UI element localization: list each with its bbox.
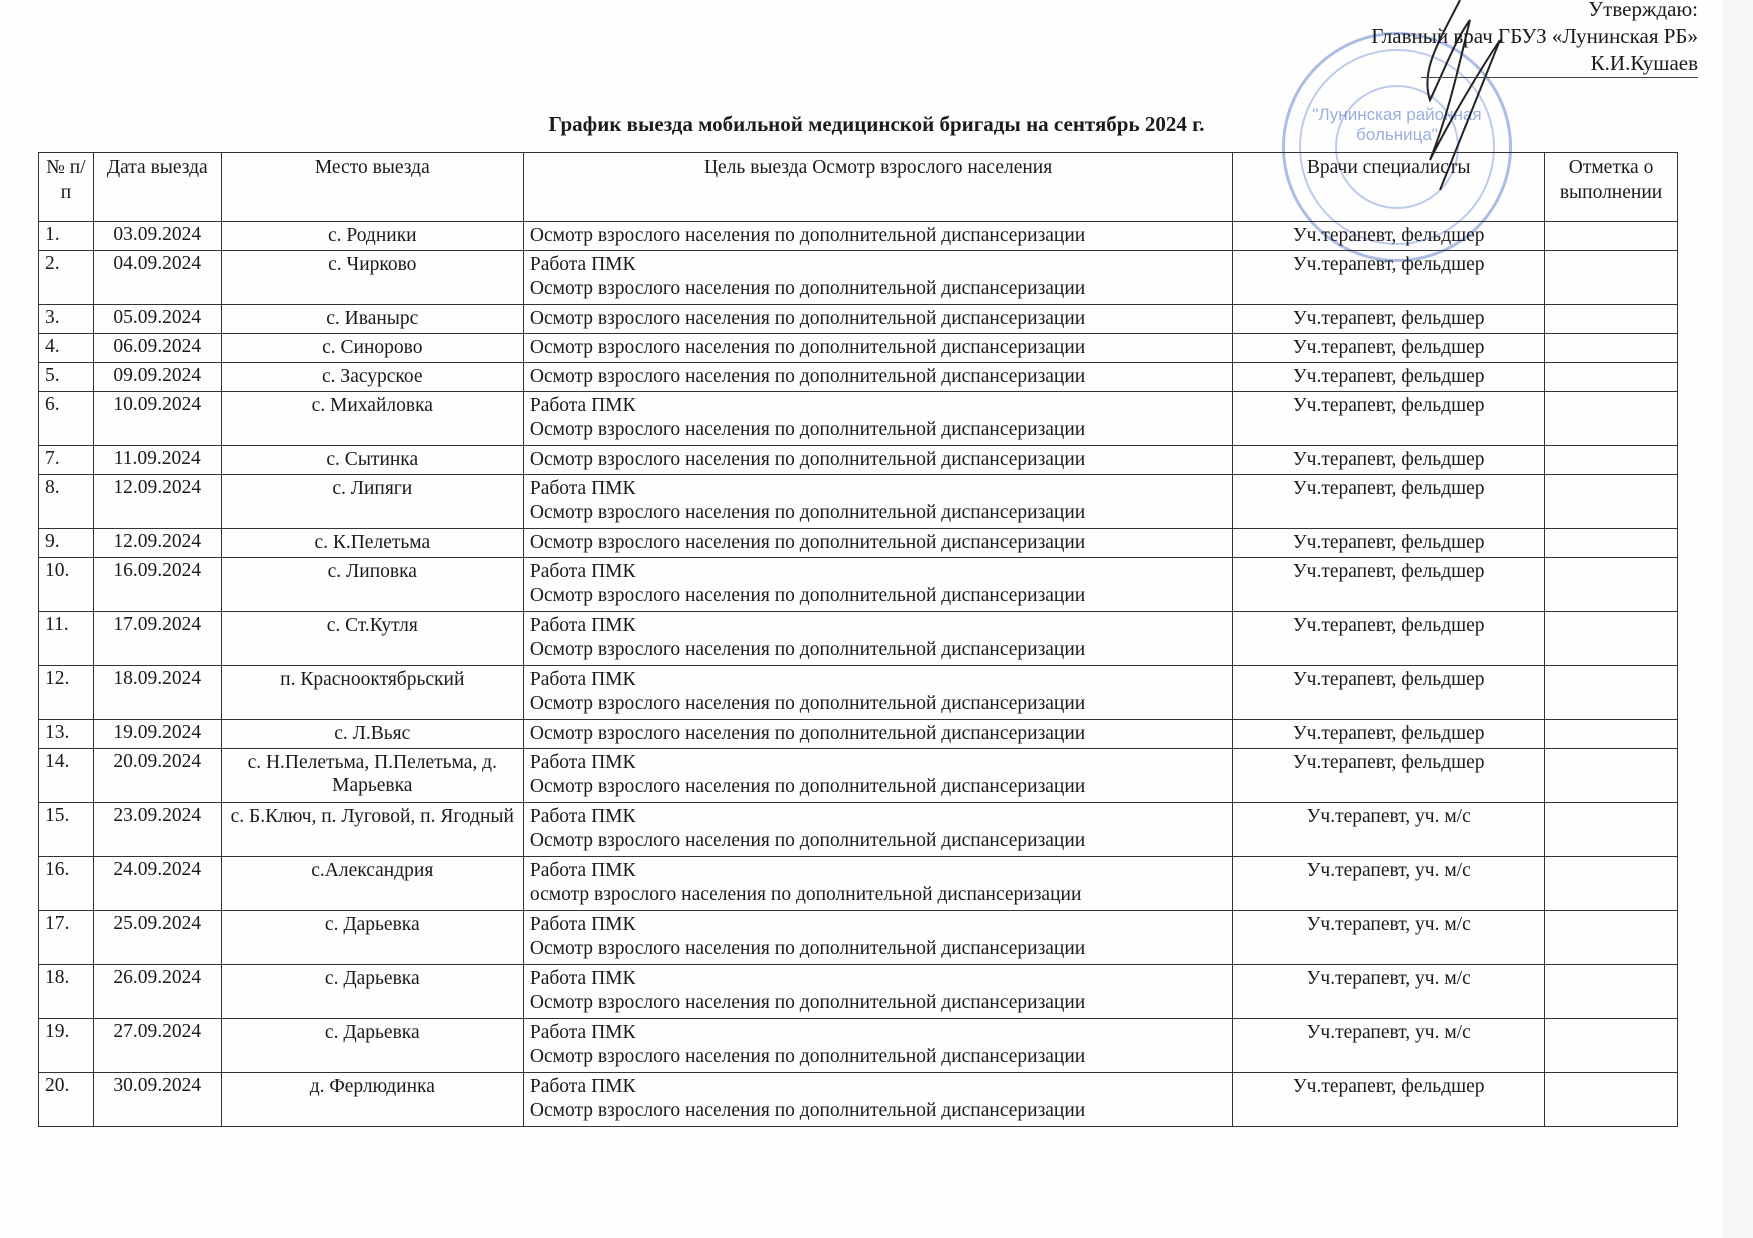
row-goal: Работа ПМКОсмотр взрослого населения по … <box>523 1073 1232 1127</box>
table-row: 14.20.09.2024с. Н.Пелетьма, П.Пелетьма, … <box>39 749 1678 803</box>
row-doctors: Уч.терапевт, фельдшер <box>1233 558 1545 612</box>
row-place: с. Л.Вьяс <box>221 720 523 749</box>
header-place: Место выезда <box>221 153 523 222</box>
row-goal: Работа ПМКОсмотр взрослого населения по … <box>523 803 1232 857</box>
row-goal-line1: Работа ПМК <box>530 805 1226 829</box>
row-date: 12.09.2024 <box>93 529 221 558</box>
table-row: 3.05.09.2024с. ИваныpcОсмотр взрослого н… <box>39 305 1678 334</box>
table-header-row: № п/п Дата выезда Место выезда Цель выез… <box>39 153 1678 222</box>
row-place: д. Ферлюдинка <box>221 1073 523 1127</box>
row-place: с. Липяги <box>221 475 523 529</box>
row-place: с. Н.Пелетьма, П.Пелетьма, д. Марьевка <box>221 749 523 803</box>
row-number: 9. <box>39 529 94 558</box>
row-goal: Работа ПМКОсмотр взрослого населения по … <box>523 965 1232 1019</box>
schedule-table: № п/п Дата выезда Место выезда Цель выез… <box>38 152 1678 1127</box>
row-doctors: Уч.терапевт, фельдшер <box>1233 666 1545 720</box>
row-date: 19.09.2024 <box>93 720 221 749</box>
row-completion-mark[interactable] <box>1545 529 1678 558</box>
row-place: с. Дарьевка <box>221 911 523 965</box>
row-goal-line2: Осмотр взрослого населения по дополнител… <box>530 584 1226 608</box>
table-row: 10.16.09.2024с. ЛиповкаРабота ПМКОсмотр … <box>39 558 1678 612</box>
row-date: 17.09.2024 <box>93 612 221 666</box>
row-number: 12. <box>39 666 94 720</box>
row-doctors: Уч.терапевт, фельдшер <box>1233 251 1545 305</box>
header-date: Дата выезда <box>93 153 221 222</box>
row-place: с. К.Пелетьма <box>221 529 523 558</box>
row-goal-line2: Осмотр взрослого населения по дополнител… <box>530 1099 1226 1123</box>
row-goal-line1: Работа ПМК <box>530 967 1226 991</box>
row-date: 20.09.2024 <box>93 749 221 803</box>
row-goal: Работа ПМКОсмотр взрослого населения по … <box>523 666 1232 720</box>
row-goal-line1: Работа ПМК <box>530 477 1226 501</box>
row-goal: Работа ПМКОсмотр взрослого населения по … <box>523 251 1232 305</box>
row-doctors: Уч.терапевт, фельдшер <box>1233 446 1545 475</box>
row-completion-mark[interactable] <box>1545 965 1678 1019</box>
row-doctors: Уч.терапевт, фельдшер <box>1233 305 1545 334</box>
row-date: 30.09.2024 <box>93 1073 221 1127</box>
row-place: п. Краснооктябрьский <box>221 666 523 720</box>
header-goal: Цель выезда Осмотр взрослого населения <box>523 153 1232 222</box>
row-number: 18. <box>39 965 94 1019</box>
row-number: 3. <box>39 305 94 334</box>
table-row: 4.06.09.2024с. СиноровоОсмотр взрослого … <box>39 334 1678 363</box>
table-row: 17.25.09.2024с. ДарьевкаРабота ПМКОсмотр… <box>39 911 1678 965</box>
row-completion-mark[interactable] <box>1545 222 1678 251</box>
header-doctors: Врачи специалисты <box>1233 153 1545 222</box>
row-goal-line1: Работа ПМК <box>530 859 1226 883</box>
row-number: 8. <box>39 475 94 529</box>
row-doctors: Уч.терапевт, фельдшер <box>1233 529 1545 558</box>
row-goal: Работа ПМКОсмотр взрослого населения по … <box>523 475 1232 529</box>
table-row: 15.23.09.2024с. Б.Ключ, п. Луговой, п. Я… <box>39 803 1678 857</box>
table-row: 9.12.09.2024с. К.ПелетьмаОсмотр взрослог… <box>39 529 1678 558</box>
row-goal: Работа ПМКОсмотр взрослого населения по … <box>523 1019 1232 1073</box>
row-number: 11. <box>39 612 94 666</box>
approval-block: Утверждаю: Главный врач ГБУЗ «Лунинская … <box>1371 0 1698 78</box>
row-goal: Осмотр взрослого населения по дополнител… <box>523 334 1232 363</box>
row-place: с. Сытинка <box>221 446 523 475</box>
row-goal-line2: Осмотр взрослого населения по дополнител… <box>530 418 1226 442</box>
row-goal-line2: Осмотр взрослого населения по дополнител… <box>530 365 1226 389</box>
row-completion-mark[interactable] <box>1545 666 1678 720</box>
row-place: с. Дарьевка <box>221 965 523 1019</box>
row-number: 4. <box>39 334 94 363</box>
row-goal-line2: Осмотр взрослого населения по дополнител… <box>530 501 1226 525</box>
row-date: 05.09.2024 <box>93 305 221 334</box>
row-doctors: Уч.терапевт, фельдшер <box>1233 720 1545 749</box>
row-goal: Работа ПМКОсмотр взрослого населения по … <box>523 392 1232 446</box>
table-row: 20.30.09.2024д. ФерлюдинкаРабота ПМКОсмо… <box>39 1073 1678 1127</box>
row-completion-mark[interactable] <box>1545 612 1678 666</box>
row-number: 19. <box>39 1019 94 1073</box>
table-row: 6.10.09.2024с. МихайловкаРабота ПМКОсмот… <box>39 392 1678 446</box>
row-goal-line1: Работа ПМК <box>530 1021 1226 1045</box>
row-goal: Работа ПМКОсмотр взрослого населения по … <box>523 558 1232 612</box>
row-goal-line2: Осмотр взрослого населения по дополнител… <box>530 722 1226 746</box>
row-number: 1. <box>39 222 94 251</box>
row-goal-line2: Осмотр взрослого населения по дополнител… <box>530 937 1226 961</box>
table-row: 16.24.09.2024с.АлександрияРабота ПМКосмо… <box>39 857 1678 911</box>
row-completion-mark[interactable] <box>1545 857 1678 911</box>
row-date: 09.09.2024 <box>93 363 221 392</box>
row-goal: Осмотр взрослого населения по дополнител… <box>523 305 1232 334</box>
row-number: 16. <box>39 857 94 911</box>
scan-edge <box>1723 0 1753 1238</box>
row-date: 03.09.2024 <box>93 222 221 251</box>
row-goal-line2: Осмотр взрослого населения по дополнител… <box>530 307 1226 331</box>
row-goal: Работа ПМКОсмотр взрослого населения по … <box>523 749 1232 803</box>
row-date: 16.09.2024 <box>93 558 221 612</box>
row-goal: Осмотр взрослого населения по дополнител… <box>523 720 1232 749</box>
row-doctors: Уч.терапевт, уч. м/с <box>1233 965 1545 1019</box>
row-date: 04.09.2024 <box>93 251 221 305</box>
row-place: с. Чирково <box>221 251 523 305</box>
row-goal-line2: Осмотр взрослого населения по дополнител… <box>530 277 1226 301</box>
row-place: с. Ст.Кутля <box>221 612 523 666</box>
row-completion-mark[interactable] <box>1545 475 1678 529</box>
row-goal-line2: Осмотр взрослого населения по дополнител… <box>530 336 1226 360</box>
row-completion-mark[interactable] <box>1545 392 1678 446</box>
row-number: 13. <box>39 720 94 749</box>
row-doctors: Уч.терапевт, фельдшер <box>1233 392 1545 446</box>
row-date: 18.09.2024 <box>93 666 221 720</box>
row-goal-line2: Осмотр взрослого населения по дополнител… <box>530 1045 1226 1069</box>
row-place: с. Синорово <box>221 334 523 363</box>
row-place: с. Б.Ключ, п. Луговой, п. Ягодный <box>221 803 523 857</box>
row-number: 6. <box>39 392 94 446</box>
row-doctors: Уч.терапевт, фельдшер <box>1233 334 1545 363</box>
row-place: с. Родники <box>221 222 523 251</box>
row-date: 12.09.2024 <box>93 475 221 529</box>
row-number: 5. <box>39 363 94 392</box>
row-completion-mark[interactable] <box>1545 305 1678 334</box>
row-goal-line1: Работа ПМК <box>530 614 1226 638</box>
row-goal: Осмотр взрослого населения по дополнител… <box>523 529 1232 558</box>
row-doctors: Уч.терапевт, фельдшер <box>1233 475 1545 529</box>
row-goal-line1: Работа ПМК <box>530 1075 1226 1099</box>
row-goal: Работа ПМКОсмотр взрослого населения по … <box>523 612 1232 666</box>
row-completion-mark[interactable] <box>1545 1073 1678 1127</box>
row-completion-mark[interactable] <box>1545 334 1678 363</box>
row-doctors: Уч.терапевт, уч. м/с <box>1233 1019 1545 1073</box>
row-goal-line1: Работа ПМК <box>530 751 1226 775</box>
approval-line1: Утверждаю: <box>1371 0 1698 23</box>
row-doctors: Уч.терапевт, уч. м/с <box>1233 803 1545 857</box>
table-row: 19.27.09.2024с. ДарьевкаРабота ПМКОсмотр… <box>39 1019 1678 1073</box>
row-place: с. Иваныpc <box>221 305 523 334</box>
row-number: 7. <box>39 446 94 475</box>
row-goal-line2: Осмотр взрослого населения по дополнител… <box>530 692 1226 716</box>
row-goal-line2: Осмотр взрослого населения по дополнител… <box>530 638 1226 662</box>
row-completion-mark[interactable] <box>1545 363 1678 392</box>
row-goal-line2: Осмотр взрослого населения по дополнител… <box>530 991 1226 1015</box>
row-date: 27.09.2024 <box>93 1019 221 1073</box>
row-completion-mark[interactable] <box>1545 803 1678 857</box>
row-doctors: Уч.терапевт, уч. м/с <box>1233 911 1545 965</box>
row-goal: Осмотр взрослого населения по дополнител… <box>523 222 1232 251</box>
row-date: 24.09.2024 <box>93 857 221 911</box>
row-doctors: Уч.терапевт, уч. м/с <box>1233 857 1545 911</box>
row-goal: Осмотр взрослого населения по дополнител… <box>523 446 1232 475</box>
row-goal-line2: Осмотр взрослого населения по дополнител… <box>530 829 1226 853</box>
table-row: 8.12.09.2024с. ЛипягиРабота ПМКОсмотр вз… <box>39 475 1678 529</box>
row-goal-line1: Работа ПМК <box>530 253 1226 277</box>
row-place: с. Липовка <box>221 558 523 612</box>
row-number: 17. <box>39 911 94 965</box>
header-mark: Отметка о выполнении <box>1545 153 1678 222</box>
row-date: 25.09.2024 <box>93 911 221 965</box>
row-goal-line2: Осмотр взрослого населения по дополнител… <box>530 775 1226 799</box>
row-place: с.Александрия <box>221 857 523 911</box>
document-title: График выезда мобильной медицинской бриг… <box>0 112 1753 137</box>
row-goal: Работа ПМКОсмотр взрослого населения по … <box>523 911 1232 965</box>
row-goal-line1: Работа ПМК <box>530 394 1226 418</box>
row-completion-mark[interactable] <box>1545 558 1678 612</box>
row-goal-line1: Работа ПМК <box>530 560 1226 584</box>
row-date: 10.09.2024 <box>93 392 221 446</box>
table-row: 13.19.09.2024с. Л.ВьясОсмотр взрослого н… <box>39 720 1678 749</box>
row-goal-line2: Осмотр взрослого населения по дополнител… <box>530 531 1226 555</box>
row-number: 14. <box>39 749 94 803</box>
row-completion-mark[interactable] <box>1545 1019 1678 1073</box>
row-place: с. Михайловка <box>221 392 523 446</box>
header-no: № п/п <box>39 153 94 222</box>
row-place: с. Засурское <box>221 363 523 392</box>
row-number: 2. <box>39 251 94 305</box>
row-goal: Осмотр взрослого населения по дополнител… <box>523 363 1232 392</box>
table-row: 11.17.09.2024с. Ст.КутляРабота ПМКОсмотр… <box>39 612 1678 666</box>
table-row: 1.03.09.2024с. РодникиОсмотр взрослого н… <box>39 222 1678 251</box>
row-goal-line1: Работа ПМК <box>530 668 1226 692</box>
row-date: 26.09.2024 <box>93 965 221 1019</box>
row-completion-mark[interactable] <box>1545 749 1678 803</box>
row-goal-line2: Осмотр взрослого населения по дополнител… <box>530 224 1226 248</box>
approval-signatory: К.И.Кушаев <box>1421 50 1698 78</box>
row-doctors: Уч.терапевт, фельдшер <box>1233 222 1545 251</box>
row-date: 23.09.2024 <box>93 803 221 857</box>
row-place: с. Дарьевка <box>221 1019 523 1073</box>
table-row: 18.26.09.2024с. ДарьевкаРабота ПМКОсмотр… <box>39 965 1678 1019</box>
row-number: 10. <box>39 558 94 612</box>
row-number: 20. <box>39 1073 94 1127</box>
row-number: 15. <box>39 803 94 857</box>
row-goal: Работа ПМКосмотр взрослого населения по … <box>523 857 1232 911</box>
table-row: 12.18.09.2024п. КраснооктябрьскийРабота … <box>39 666 1678 720</box>
table-row: 5.09.09.2024с. ЗасурскоеОсмотр взрослого… <box>39 363 1678 392</box>
row-goal-line2: Осмотр взрослого населения по дополнител… <box>530 448 1226 472</box>
row-date: 11.09.2024 <box>93 446 221 475</box>
row-doctors: Уч.терапевт, фельдшер <box>1233 749 1545 803</box>
row-completion-mark[interactable] <box>1545 446 1678 475</box>
approval-line2: Главный врач ГБУЗ «Лунинская РБ» <box>1371 23 1698 50</box>
table-row: 7.11.09.2024с. СытинкаОсмотр взрослого н… <box>39 446 1678 475</box>
row-doctors: Уч.терапевт, фельдшер <box>1233 1073 1545 1127</box>
row-completion-mark[interactable] <box>1545 911 1678 965</box>
row-goal-line2: осмотр взрослого населения по дополнител… <box>530 883 1226 907</box>
row-date: 06.09.2024 <box>93 334 221 363</box>
row-completion-mark[interactable] <box>1545 720 1678 749</box>
row-completion-mark[interactable] <box>1545 251 1678 305</box>
row-goal-line1: Работа ПМК <box>530 913 1226 937</box>
row-doctors: Уч.терапевт, фельдшер <box>1233 363 1545 392</box>
table-row: 2.04.09.2024с. ЧирковоРабота ПМКОсмотр в… <box>39 251 1678 305</box>
row-doctors: Уч.терапевт, фельдшер <box>1233 612 1545 666</box>
